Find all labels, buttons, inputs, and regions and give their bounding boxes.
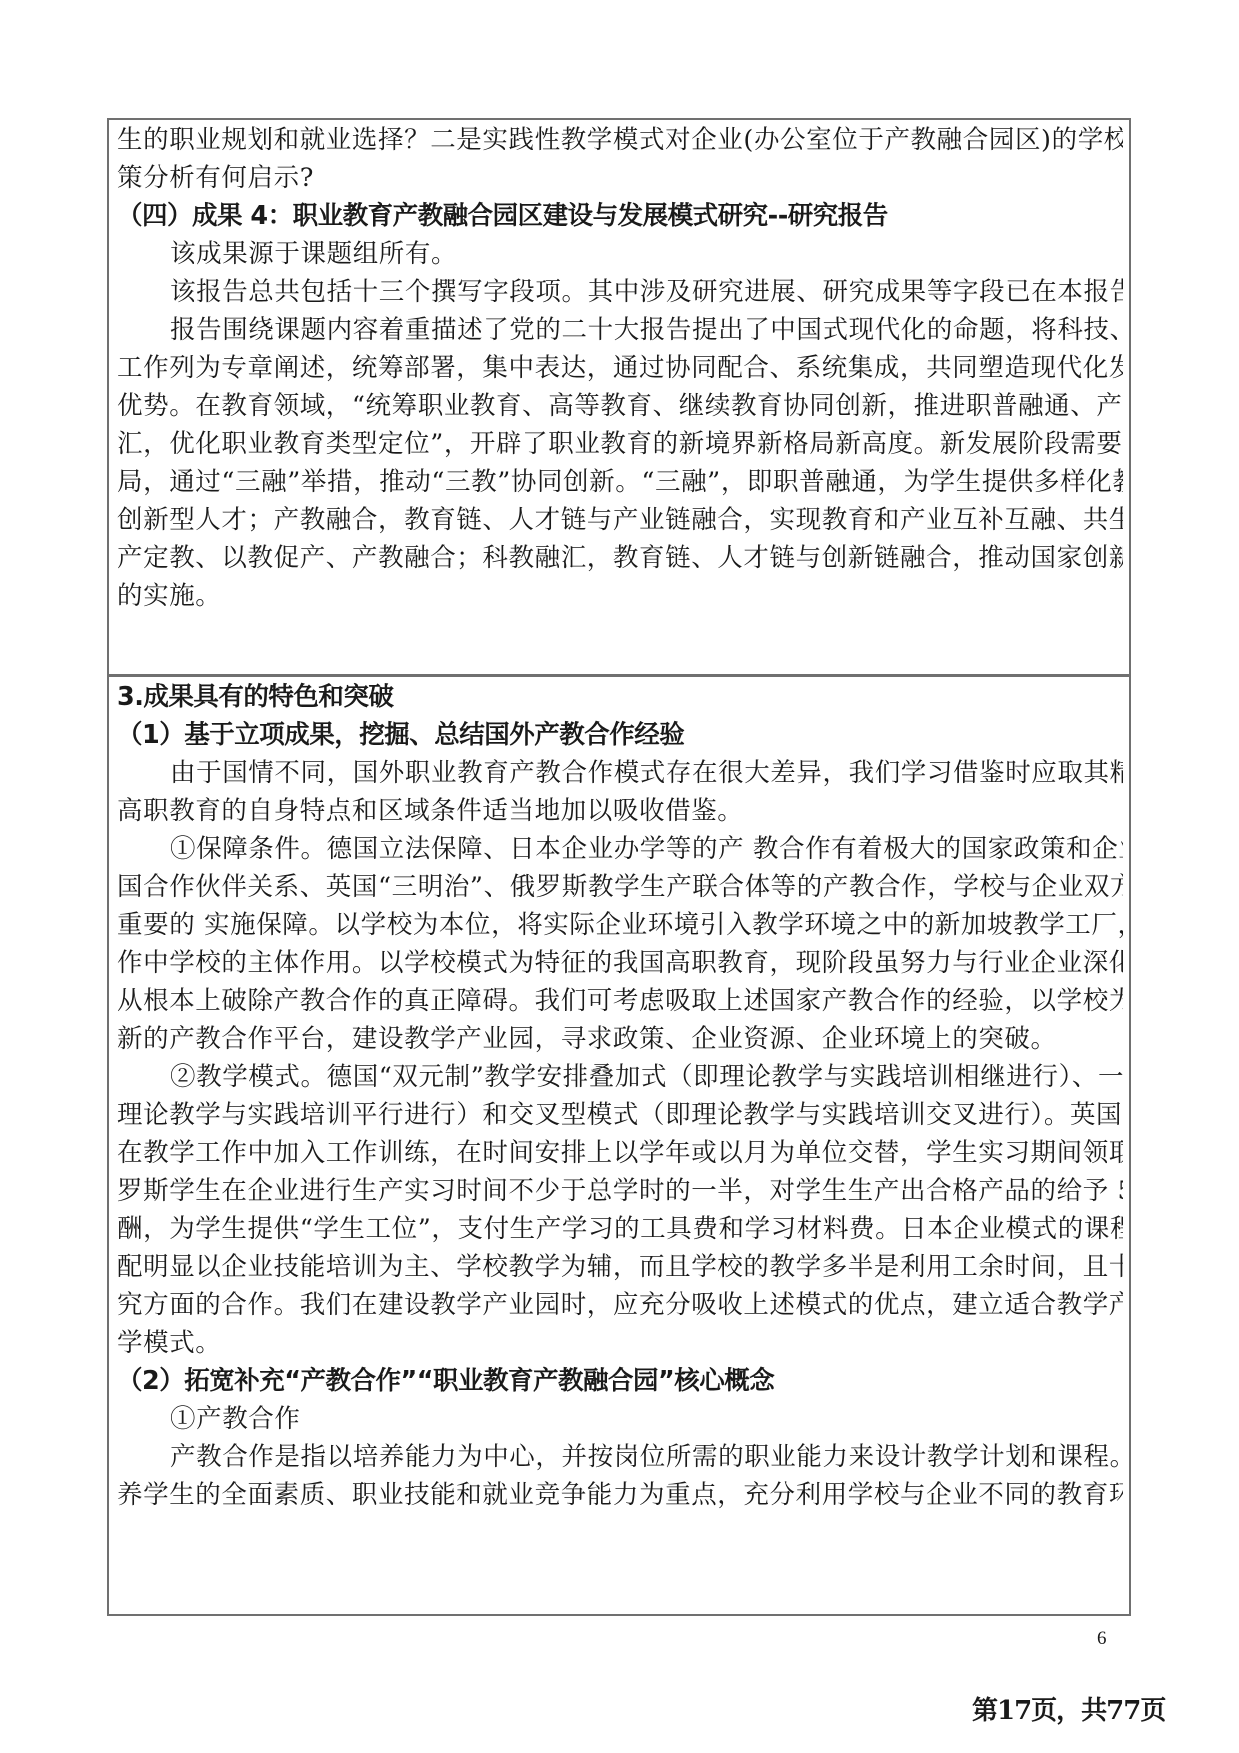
table-cell-features: 3.成果具有的特色和突破 （1）基于立项成果，挖掘、总结国外产教合作经验 由于国… xyxy=(109,678,1129,1614)
text-line: 高职教育的自身特点和区域条件适当地加以吸收借鉴。 xyxy=(117,792,1123,830)
text-line: 产定教、以教促产、产教融合；科教融汇，教育链、人才链与创新链融合，推动国家创新驱… xyxy=(117,539,1123,577)
text-line: 理论教学与实践培训平行进行）和交叉型模式（即理论教学与实践培训交叉进行）。英国“… xyxy=(117,1096,1123,1134)
text-line: 作中学校的主体作用。以学校模式为特征的我国高职教育，现阶段虽努力与行业企业深化合… xyxy=(117,944,1123,982)
text-line: 由于国情不同，国外职业教育产教合作模式存在很大差异，我们学习借鉴时应取其精华，根… xyxy=(117,754,1123,792)
text-line: 配明显以企业技能培训为主、学校教学为辅，而且学校的教学多半是利用工余时间，且十分… xyxy=(117,1248,1123,1286)
text-line: 策分析有何启示? xyxy=(117,159,1123,197)
text-line: 国合作伙伴关系、英国“三明治”、俄罗斯教学生产联合体等的产教合作，学校与企业双方… xyxy=(117,868,1123,906)
text-line: 报告围绕课题内容着重描述了党的二十大报告提出了中国式现代化的命题，将科技、教育、… xyxy=(117,311,1123,349)
text-line: 优势。在教育领域，“统筹职业教育、高等教育、继续教育协同创新，推进职普融通、产教… xyxy=(117,387,1123,425)
text-line: 究方面的合作。我们在建设教学产业园时，应充分吸收上述模式的优点，建立适合教学产业… xyxy=(117,1286,1123,1324)
text-line: 创新型人才；产教融合，教育链、人才链与产业链融合，实现教育和产业互补互融、共生共… xyxy=(117,501,1123,539)
text-line: 局，通过“三融”举措，推动“三教”协同创新。“三融”，即职普融通，为学生提供多样… xyxy=(117,463,1123,501)
text-line: 酬，为学生提供“学生工位”，支付生产学习的工具费和学习材料费。日本企业模式的课程… xyxy=(117,1210,1123,1248)
table-cell-achievement-4: 生的职业规划和就业选择？二是实践性教学模式对企业(办公室位于产教融合园区)的学校… xyxy=(109,121,1129,677)
subsection-2-heading: （2）拓宽补充“产教合作”“职业教育产教融合园”核心概念 xyxy=(117,1362,1123,1400)
text-line: 产教合作是指以培养能力为中心，并按岗位所需的职业能力来设计教学计划和课程。它是一… xyxy=(117,1438,1123,1476)
text-line: 罗斯学生在企业进行生产实习时间不少于总学时的一半，对学生生产出合格产品的给予 5… xyxy=(117,1172,1123,1210)
achievement-4-heading: （四）成果 4：职业教育产教融合园区建设与发展模式研究--研究报告 xyxy=(117,197,1123,235)
text-line: ②教学模式。德国“双元制”教学安排叠加式（即理论教学与实践培训相继进行）、一体化… xyxy=(117,1058,1123,1096)
page-number: 6 xyxy=(1097,1628,1107,1650)
text-line: 重要的 实施保障。以学校为本位，将实际企业环境引入教学环境之中的新加坡教学工厂，… xyxy=(117,906,1123,944)
concept-1-title: ①产教合作 xyxy=(117,1400,1123,1438)
text-line: 汇，优化职业教育类型定位”，开辟了职业教育的新境界新格局新高度。新发展阶段需要构… xyxy=(117,425,1123,463)
text-line: ①保障条件。德国立法保障、日本企业办学等的产 教合作有着极大的国家政策和企业资源… xyxy=(117,830,1123,868)
subsection-1-heading: （1）基于立项成果，挖掘、总结国外产教合作经验 xyxy=(117,716,1123,754)
text-line: 新的产教合作平台，建设教学产业园，寻求政策、企业资源、企业环境上的突破。 xyxy=(117,1020,1123,1058)
paragraph-source: 该成果源于课题组所有。 xyxy=(117,235,1123,273)
text-line: 养学生的全面素质、职业技能和就业竞争能力为重点，充分利用学校与企业不同的教育环境… xyxy=(117,1476,1123,1514)
text-line: 生的职业规划和就业选择？二是实践性教学模式对企业(办公室位于产教融合园区)的学校… xyxy=(117,121,1123,159)
page-indicator: 第17页，共77页 xyxy=(972,1690,1165,1727)
report-table: 生的职业规划和就业选择？二是实践性教学模式对企业(办公室位于产教融合园区)的学校… xyxy=(107,118,1131,1616)
paragraph-fields: 该报告总共包括十三个撰写字段项。其中涉及研究进展、研究成果等字段已在本报告书中描… xyxy=(117,273,1123,311)
text-line: 在教学工作中加入工作训练，在时间安排上以学年或以月为单位交替，学生实习期间领取企… xyxy=(117,1134,1123,1172)
text-line: 工作列为专章阐述，统筹部署，集中表达，通过协同配合、系统集成，共同塑造现代化发展… xyxy=(117,349,1123,387)
text-line: 的实施。 xyxy=(117,577,1123,615)
section-title: 3.成果具有的特色和突破 xyxy=(117,678,1123,716)
text-line: 学模式。 xyxy=(117,1324,1123,1362)
text-line: 从根本上破除产教合作的真正障碍。我们可考虑吸取上述国家产教合作的经验，以学校为主… xyxy=(117,982,1123,1020)
